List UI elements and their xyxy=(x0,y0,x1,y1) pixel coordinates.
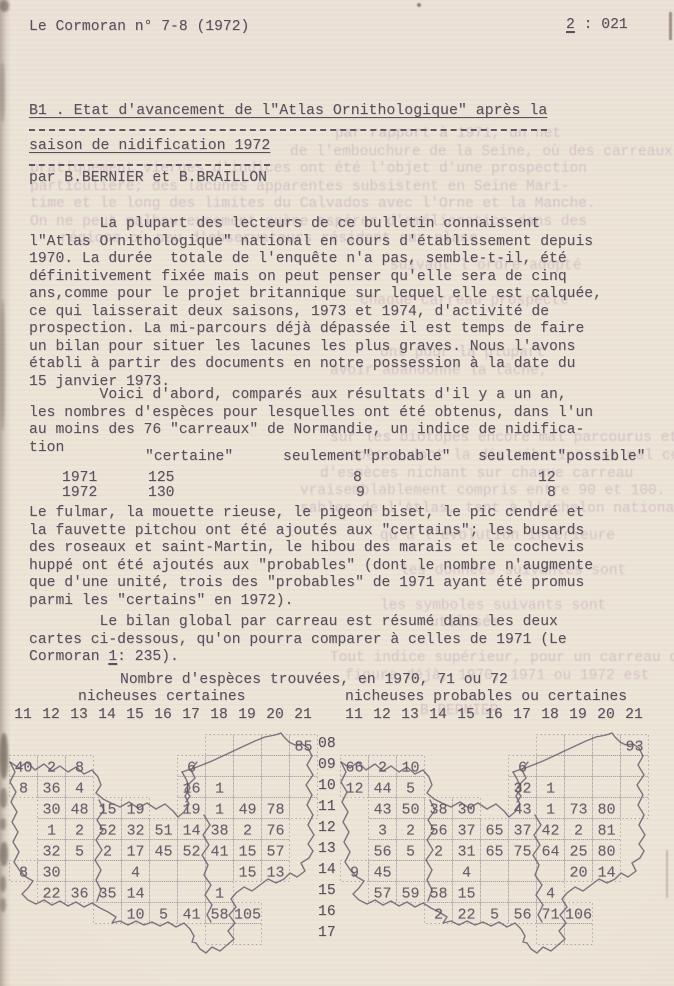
map-grid-cell xyxy=(509,882,537,903)
map-cell-value: 3 xyxy=(378,823,387,840)
citation-post: : 235). xyxy=(117,649,179,665)
map-cell-value: 50 xyxy=(401,802,419,819)
paragraph-results: Voici d'abord, comparés aux résultats d'… xyxy=(29,387,593,457)
map-cell-value: 45 xyxy=(154,844,172,861)
page-number: 021 xyxy=(601,17,627,33)
table-header-certaine: "certaine" xyxy=(145,449,233,465)
map-cell-value: 57 xyxy=(266,844,284,861)
map-cell-value: 78 xyxy=(266,802,284,819)
map-cell-value: 2 xyxy=(406,823,415,840)
map-column-header: 15 xyxy=(120,707,150,723)
map-grid-cell xyxy=(94,903,122,924)
scan-speck xyxy=(417,3,421,7)
map-column-header: 12 xyxy=(36,707,66,723)
map-grid-cell xyxy=(150,861,178,882)
map-cell-value: 6 xyxy=(518,760,527,777)
map-cell-value: 45 xyxy=(373,865,391,882)
paragraph-line: cartes ci-dessous, qu'on pourra comparer… xyxy=(29,632,567,650)
map-column-header: 18 xyxy=(535,707,565,723)
map-cell-value: 36 xyxy=(42,781,60,798)
map-cell-value: 36 xyxy=(70,886,88,903)
map-cell-value: 5 xyxy=(75,844,84,861)
map-grid-cell xyxy=(206,861,234,882)
paragraph-line: Cormoran 1: 235). xyxy=(29,649,567,667)
map-column-header: 21 xyxy=(288,707,318,723)
table-row-year: 1971 xyxy=(62,470,97,486)
citation-volume: 1 xyxy=(108,649,117,665)
map-cell-value: 80 xyxy=(597,802,615,819)
map-cell-value: 73 xyxy=(569,802,587,819)
paragraph-conclusion: Le bilan global par carreau est résumé d… xyxy=(29,614,567,667)
map-cell-value: 106 xyxy=(565,907,592,924)
table-cell: 8 xyxy=(353,470,362,486)
map-cell-value: 1 xyxy=(215,802,224,819)
map-left-label: nicheuses certaines xyxy=(78,689,245,705)
map-cell-value: 76 xyxy=(266,823,284,840)
map-grid-cell xyxy=(206,924,234,945)
map-column-header: 18 xyxy=(204,707,234,723)
map-column-header: 19 xyxy=(232,707,262,723)
table-header-probable: seulement"probable" xyxy=(283,449,450,465)
map-grid-cell xyxy=(234,924,262,945)
map-column-header: 12 xyxy=(367,707,397,723)
map-cell-value: 5 xyxy=(406,781,415,798)
map-cell-value: 2 xyxy=(434,844,443,861)
map-cell-value: 31 xyxy=(457,844,475,861)
map-grid-cell xyxy=(593,777,621,798)
map-cell-value: 64 xyxy=(541,844,559,861)
map-cell-value: 2 xyxy=(75,823,84,840)
map-column-header: 20 xyxy=(260,707,290,723)
map-column-header: 17 xyxy=(176,707,206,723)
map-cell-value: 49 xyxy=(238,802,256,819)
map-cell-value: 40 xyxy=(14,760,32,777)
scan-mark xyxy=(0,898,6,912)
map-cell-value: 66 xyxy=(345,760,363,777)
scan-mark xyxy=(0,300,5,430)
map-cell-value: 19 xyxy=(182,802,200,819)
map-cell-value: 2 xyxy=(378,760,387,777)
map-cell-value: 2 xyxy=(47,760,56,777)
map-cell-value: 19 xyxy=(126,802,144,819)
table-cell: 9 xyxy=(356,485,365,501)
map-cell-value: 15 xyxy=(238,865,256,882)
map-cell-value: 5 xyxy=(406,844,415,861)
map-grid-cell xyxy=(537,924,565,945)
map-cell-value: 4 xyxy=(131,865,140,882)
map-grid-cell xyxy=(234,756,262,777)
scan-mark xyxy=(0,0,9,12)
map-cell-value: 4 xyxy=(546,886,555,903)
article-title-line1: B1 . Etat d'avancement de l"Atlas Ornith… xyxy=(29,96,547,131)
map-cell-value: 8 xyxy=(19,781,28,798)
map-column-header: 20 xyxy=(591,707,621,723)
map-row-label: 09 xyxy=(318,757,344,773)
map-cell-value: 5 xyxy=(159,907,168,924)
map-cell-value: 13 xyxy=(266,865,284,882)
byline: par B.BERNIER et B.BRAILLON xyxy=(29,170,267,186)
map-grid-cell xyxy=(621,756,649,777)
map-cell-value: 32 xyxy=(42,844,60,861)
map-cell-value: 43 xyxy=(513,802,531,819)
map-cell-value: 30 xyxy=(42,802,60,819)
map-grid-cell xyxy=(178,861,206,882)
map-cell-value: 14 xyxy=(597,865,615,882)
table-row-year: 1972 xyxy=(62,485,97,501)
map-cell-value: 52 xyxy=(182,844,200,861)
map-cell-value: 2 xyxy=(243,823,252,840)
map-cell-value: 2 xyxy=(434,907,443,924)
bleed-through-line: time et le long des limites du Calvados … xyxy=(30,196,596,212)
map-grid-cell xyxy=(262,777,290,798)
normandy-map-left: 8364161304815191914978125232511438276325… xyxy=(7,732,321,962)
map-grid-cell xyxy=(481,861,509,882)
map-cell-value: 30 xyxy=(42,865,60,882)
map-cell-value: 1 xyxy=(47,823,56,840)
map-column-header: 14 xyxy=(92,707,122,723)
scan-mark xyxy=(0,818,6,830)
scan-mark xyxy=(0,62,5,122)
map-grid-cell xyxy=(565,756,593,777)
map-cell-value: 15 xyxy=(457,886,475,903)
map-cell-value: 2 xyxy=(103,844,112,861)
map-column-header: 16 xyxy=(148,707,178,723)
article-title-line2: saison de nidification 1972 xyxy=(29,131,270,166)
map-cell-value: 5 xyxy=(490,907,499,924)
map-grid-cell xyxy=(481,882,509,903)
map-cell-value: 56 xyxy=(373,844,391,861)
map-grid-cell xyxy=(537,861,565,882)
map-grid-cell xyxy=(537,756,565,777)
map-cell-value: 35 xyxy=(98,886,116,903)
map-column-header: 11 xyxy=(8,707,38,723)
map-column-header: 13 xyxy=(395,707,425,723)
volume-number: 2 xyxy=(566,17,575,33)
map-cell-value: 17 xyxy=(126,844,144,861)
map-cell-value: 65 xyxy=(485,844,503,861)
map-cell-value: 80 xyxy=(597,844,615,861)
journal-title: Le Cormoran n° 7-8 (1972) xyxy=(29,19,249,35)
map-cell-value: 16 xyxy=(182,781,200,798)
map-cell-value: 58 xyxy=(210,907,228,924)
map-cell-value: 71 xyxy=(541,907,559,924)
map-cell-value: 41 xyxy=(210,844,228,861)
map-grid-cell xyxy=(397,861,425,882)
map-cell-value: 1 xyxy=(546,802,555,819)
map-cell-value: 43 xyxy=(373,802,391,819)
map-cell-value: 65 xyxy=(485,823,503,840)
map-cell-value: 32 xyxy=(126,823,144,840)
map-grid-cell xyxy=(290,756,318,777)
map-cell-value: 56 xyxy=(513,907,531,924)
scan-edge-mark xyxy=(669,12,672,40)
map-cell-value: 41 xyxy=(182,907,200,924)
map-grid-cell xyxy=(66,861,94,882)
table-cell: 8 xyxy=(547,485,556,501)
map-cell-value: 22 xyxy=(42,886,60,903)
binding-gutter-shadow xyxy=(0,0,11,986)
map-cell-value: 37 xyxy=(457,823,475,840)
map-grid-cell xyxy=(593,756,621,777)
map-cell-value: 105 xyxy=(234,907,261,924)
map-row-label: 14 xyxy=(318,862,344,878)
map-cell-value: 32 xyxy=(513,781,531,798)
map-grid-cell xyxy=(234,777,262,798)
map-grid-cell xyxy=(178,882,206,903)
map-row-label: 12 xyxy=(318,820,344,836)
maps-caption: Nombre d'espèces trouvées, en 1970, 71 o… xyxy=(120,672,508,688)
map-cell-value: 1 xyxy=(215,886,224,903)
map-row-label: 10 xyxy=(318,778,344,794)
volume-page-reference: 2 : 021 xyxy=(566,17,628,33)
table-cell: 130 xyxy=(148,485,174,501)
map-grid-cell xyxy=(621,777,649,798)
map-cell-value: 10 xyxy=(401,760,419,777)
map-cell-value: 81 xyxy=(597,823,615,840)
map-cell-value: 14 xyxy=(126,886,144,903)
map-cell-value: 48 xyxy=(70,802,88,819)
map-column-header: 17 xyxy=(507,707,537,723)
map-cell-value: 6 xyxy=(187,760,196,777)
map-cell-value: 58 xyxy=(429,886,447,903)
map-cell-value: 12 xyxy=(345,781,363,798)
map-cell-value: 57 xyxy=(373,886,391,903)
map-cell-value: 1 xyxy=(215,781,224,798)
map-cell-value: 10 xyxy=(126,907,144,924)
map-cell-value: 15 xyxy=(238,844,256,861)
map-row-label: 11 xyxy=(318,799,344,815)
map-column-header: 14 xyxy=(423,707,453,723)
map-cell-value: 38 xyxy=(210,823,228,840)
map-cell-value: 37 xyxy=(513,823,531,840)
scan-edge-mark xyxy=(666,850,668,898)
map-cell-value: 14 xyxy=(182,823,200,840)
map-cell-value: 93 xyxy=(625,739,643,756)
map-grid-cell xyxy=(262,756,290,777)
bleed-through-line: d'espèces nichant sur chaque carreau xyxy=(320,466,633,482)
table-cell: 125 xyxy=(148,470,174,486)
map-cell-value: 9 xyxy=(350,865,359,882)
map-row-label: 15 xyxy=(318,883,344,899)
map-grid-cell xyxy=(150,882,178,903)
scan-mark xyxy=(0,876,6,892)
map-grid-cell xyxy=(565,777,593,798)
map-cell-value: 20 xyxy=(569,865,587,882)
map-row-label: 08 xyxy=(318,736,344,752)
map-grid-cell xyxy=(290,777,318,798)
map-cell-value: 59 xyxy=(401,886,419,903)
map-cell-value: 25 xyxy=(569,844,587,861)
map-cell-value: 56 xyxy=(429,823,447,840)
map-grid-cell xyxy=(509,861,537,882)
normandy-map-right: 1244532143503830431738032563765374228156… xyxy=(338,732,652,962)
map-right-label: nicheuses probables ou certaines xyxy=(345,689,627,705)
map-column-header: 13 xyxy=(64,707,94,723)
map-cell-value: 2 xyxy=(574,823,583,840)
map-row-label: 13 xyxy=(318,841,344,857)
scanned-document-page: Le Cormoran n° 7-8 (1972) 2 : 021 B1 . E… xyxy=(0,0,674,986)
map-cell-value: 75 xyxy=(513,844,531,861)
map-row-label: 17 xyxy=(318,925,344,941)
paragraph-line: Le bilan global par carreau est résumé d… xyxy=(29,614,567,632)
map-cell-value: 85 xyxy=(294,739,312,756)
table-header-possible: seulement"possible" xyxy=(478,449,645,465)
article-title: B1 . Etat d'avancement de l"Atlas Ornith… xyxy=(29,96,547,166)
table-cell: 12 xyxy=(538,470,556,486)
citation-pre: Cormoran xyxy=(29,649,108,665)
paragraph-species: Le fulmar, la mouette rieuse, le pigeon … xyxy=(29,505,593,610)
scan-mark xyxy=(0,733,8,779)
scan-mark xyxy=(0,788,7,808)
paragraph-intro: La plupart des lecteurs de ce bulletin c… xyxy=(29,216,602,391)
map-row-label: 16 xyxy=(318,904,344,920)
map-column-header: 15 xyxy=(451,707,481,723)
map-column-header: 21 xyxy=(619,707,649,723)
map-cell-value: 1 xyxy=(546,781,555,798)
map-cell-value: 8 xyxy=(19,865,28,882)
reference-separator: : xyxy=(575,17,601,33)
map-cell-value: 42 xyxy=(541,823,559,840)
map-cell-value: 8 xyxy=(75,760,84,777)
map-column-header: 19 xyxy=(563,707,593,723)
map-column-header: 16 xyxy=(479,707,509,723)
map-grid-cell xyxy=(206,756,234,777)
map-cell-value: 44 xyxy=(373,781,391,798)
map-cell-value: 22 xyxy=(457,907,475,924)
map-cell-value: 4 xyxy=(75,781,84,798)
map-cell-value: 4 xyxy=(462,865,471,882)
scan-mark xyxy=(0,842,8,866)
map-cell-value: 51 xyxy=(154,823,172,840)
map-grid-cell xyxy=(565,924,593,945)
map-cell-value: 38 xyxy=(429,802,447,819)
map-column-header: 11 xyxy=(339,707,369,723)
map-cell-value: 30 xyxy=(457,802,475,819)
map-cell-value: 15 xyxy=(98,802,116,819)
map-cell-value: 52 xyxy=(98,823,116,840)
